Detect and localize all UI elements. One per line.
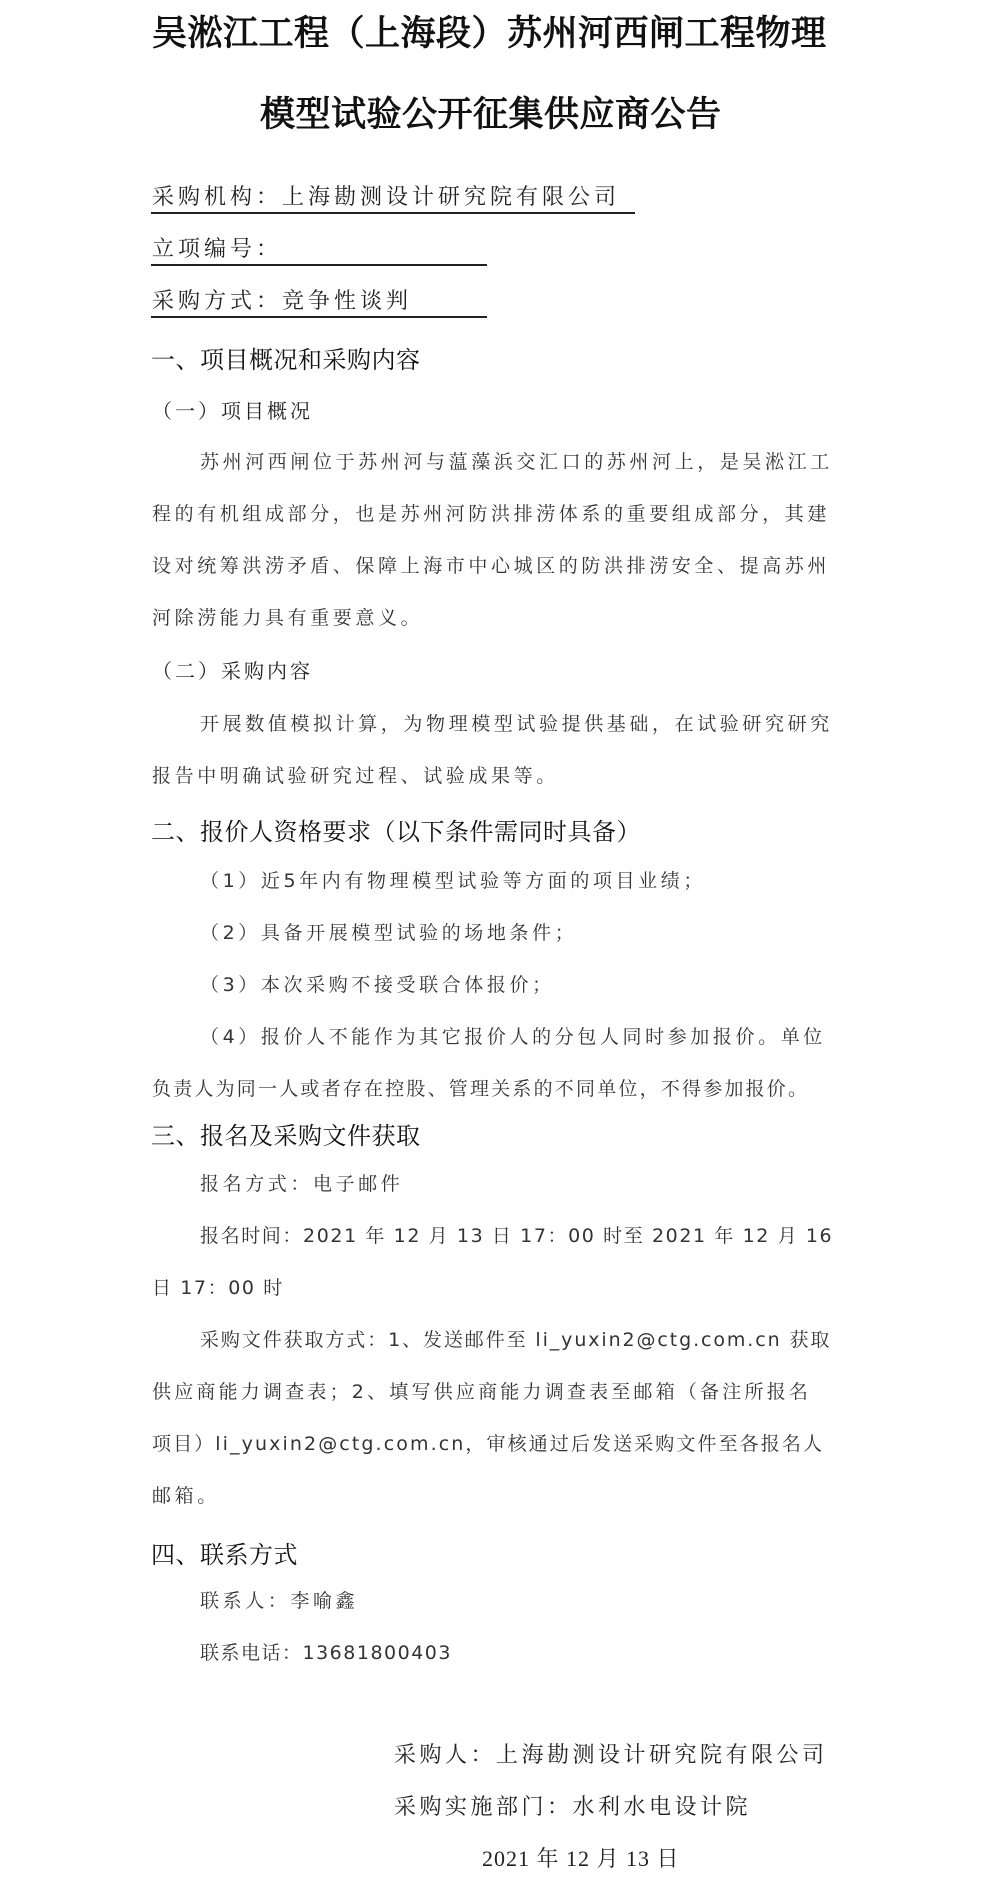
requirement-item: （4）报价人不能作为其它报价人的分包人同时参加报价。单位 [200, 1022, 826, 1049]
contact-person: 联系人：李喻鑫 [200, 1586, 358, 1613]
paragraph-line: 报告中明确试验研究过程、试验成果等。 [152, 761, 559, 788]
underline-project-number [151, 264, 487, 266]
paragraph-line: 河除涝能力具有重要意义。 [152, 603, 423, 630]
requirement-item: （1）近5年内有物理模型试验等方面的项目业绩； [200, 866, 706, 893]
title-line-1: 吴淞江工程（上海段）苏州河西闸工程物理 [152, 6, 827, 56]
signature-date: 2021 年 12 月 13 日 [482, 1844, 680, 1874]
section-1-sub2-heading: （二）采购内容 [152, 655, 313, 684]
underline-method [151, 316, 487, 318]
section-4-heading: 四、联系方式 [151, 1535, 298, 1570]
registration-time-continued: 日 17：00 时 [152, 1273, 284, 1300]
section-1-sub1-heading: （一）项目概况 [152, 395, 313, 424]
section-3-heading: 三、报名及采购文件获取 [151, 1116, 421, 1151]
document-acquisition-line: 邮箱。 [152, 1481, 220, 1508]
implementing-department: 采购实施部门：水利水电设计院 [394, 1792, 751, 1822]
registration-time: 报名时间：2021 年 12 月 13 日 17：00 时至 2021 年 12… [200, 1221, 833, 1248]
underline-org [151, 212, 635, 214]
requirement-item: （3）本次采购不接受联合体报价； [200, 970, 555, 997]
section-1-heading: 一、项目概况和采购内容 [151, 340, 421, 375]
paragraph-line: 设对统筹洪涝矛盾、保障上海市中心城区的防洪排涝安全、提高苏州 [152, 551, 830, 578]
paragraph-line: 开展数值模拟计算，为物理模型试验提供基础，在试验研究研究 [200, 709, 833, 736]
purchaser: 采购人：上海勘测设计研究院有限公司 [394, 1740, 828, 1770]
contact-phone: 联系电话：13681800403 [200, 1638, 452, 1665]
registration-method: 报名方式：电子邮件 [200, 1169, 403, 1196]
procurement-org: 采购机构：上海勘测设计研究院有限公司 [152, 182, 620, 212]
paragraph-line: 程的有机组成部分，也是苏州河防洪排涝体系的重要组成部分，其建 [152, 499, 830, 526]
paragraph-line: 苏州河西闸位于苏州河与蕰藻浜交汇口的苏州河上，是吴淞江工 [200, 447, 833, 474]
title-line-2: 模型试验公开征集供应商公告 [260, 87, 722, 137]
document-acquisition-line: 项目）li_yuxin2@ctg.com.cn，审核通过后发送采购文件至各报名人 [152, 1429, 824, 1456]
requirement-item: （2）具备开展模型试验的场地条件； [200, 918, 577, 945]
project-number: 立项编号： [152, 234, 282, 264]
requirement-item-continued: 负责人为同一人或者存在控股、管理关系的不同单位，不得参加报价。 [152, 1074, 809, 1101]
document-acquisition-line: 供应商能力调查表；2、填写供应商能力调查表至邮箱（备注所报名 [152, 1377, 811, 1404]
procurement-method: 采购方式：竞争性谈判 [152, 286, 412, 316]
document-acquisition: 采购文件获取方式：1、发送邮件至 li_yuxin2@ctg.com.cn 获取 [200, 1325, 831, 1352]
section-2-heading: 二、报价人资格要求（以下条件需同时具备） [151, 812, 641, 847]
